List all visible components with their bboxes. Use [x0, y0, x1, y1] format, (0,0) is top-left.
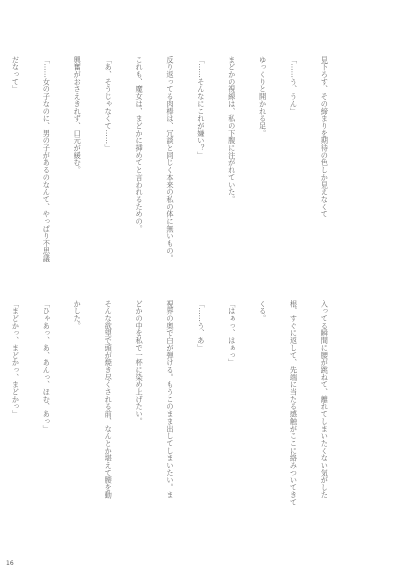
- text-line: 「……う、うん」: [288, 56, 298, 288]
- text-line: 入ってる瞬間に腰が跳ねて、離れてしまいたくない気がした: [319, 300, 329, 532]
- text-line: 「まどかっ、まどかっ、まどかっ」: [10, 300, 20, 532]
- text-line: 見下ろす、その締まりを期待の色しか見えなくて: [319, 56, 329, 288]
- text-line: 根、すぐに返して、先端に当たる感触がここに絡みついてきて: [288, 300, 298, 532]
- text-line: だなって」: [10, 56, 20, 288]
- text-line: くる。: [257, 300, 267, 532]
- text-line: 「はぁっ、はぁっ」: [226, 300, 236, 532]
- text-line: 視界の奥で白が弾ける。もうこのまま出してしまいたい。ま: [165, 300, 175, 532]
- text-line: どかの中を私で一杯に染め上げたい。: [134, 300, 144, 532]
- text-line: 「……女の子なのに、男の子があるのなんて、やっぱり不思議: [41, 56, 51, 288]
- upper-text-block: 見下ろす、その締まりを期待の色しか見えなくて 「……う、うん」 ゆっくりと開かれ…: [54, 56, 350, 288]
- text-line: まどかの視線は、私の下腹に注がれていた。: [226, 56, 236, 288]
- text-line: 興奮がおさえきれず、口元が緩む。: [72, 56, 82, 288]
- text-line: 反り返ってる肉棒は、冗談と同じく本来の私の体に無いもの。: [165, 56, 175, 288]
- text-line: 「ひゃあっ、あ、あんっ、ほむ、あっ」: [41, 300, 51, 532]
- lower-text-block: 入ってる瞬間に腰が跳ねて、離れてしまいたくない気がした 根、すぐに返して、先端に…: [54, 300, 350, 532]
- text-line: ゆっくりと開かれる足。: [257, 56, 267, 288]
- text-line: これも、魔女は、まどかに挿めてと言われるための。: [134, 56, 144, 288]
- text-line: 「あ、そうじゃなくて……」: [103, 56, 113, 288]
- text-line: かした。: [72, 300, 82, 532]
- text-line: 「……う、あ」: [196, 300, 206, 532]
- text-line: そんな欲望で頭が焼き尽くされる前、なんとか堪えて腰を動: [103, 300, 113, 532]
- text-line: 「……そんなにこれが嫌い？」: [196, 56, 206, 288]
- page-number: 16: [6, 560, 14, 567]
